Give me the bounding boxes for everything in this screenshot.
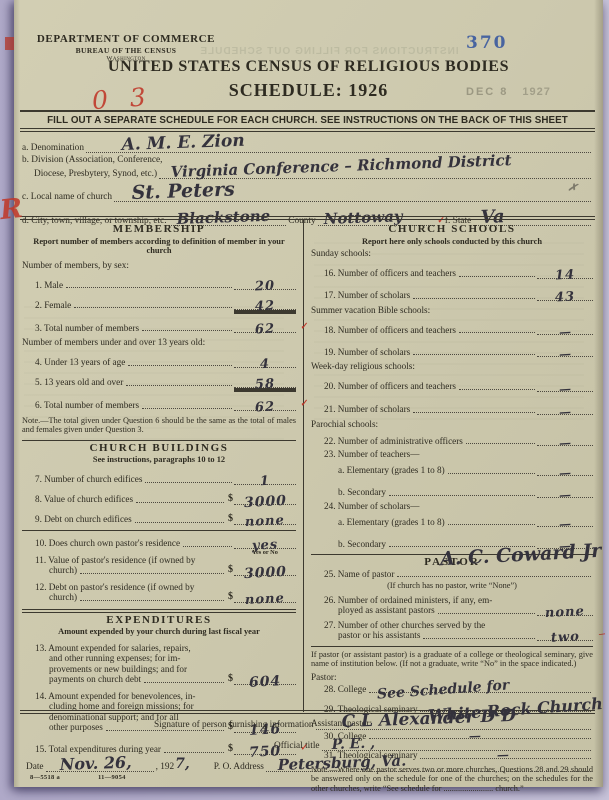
q5-row: 5. 13 years old and over 58: [22, 374, 296, 388]
q10-label: 10. Does church own pastor's residence: [35, 538, 180, 549]
denomination-label: a. Denomination: [22, 143, 84, 153]
q23b-answer-field[interactable]: —: [537, 484, 593, 498]
q24-label: 24. Number of scholars—: [324, 501, 419, 512]
parochial-schools-heading: Parochial schools:: [311, 419, 593, 430]
q4-answer-field[interactable]: 4: [234, 354, 296, 368]
q24a-value: —: [559, 520, 571, 529]
schools-title: CHURCH SCHOOLS: [311, 224, 593, 235]
q11-value: 3000: [243, 568, 286, 578]
q29-answer-field[interactable]: White Rock Church: [420, 711, 591, 712]
po-address-field[interactable]: Petersburg, Va.: [266, 758, 591, 772]
members-by-age-heading: Number of members under and over 13 year…: [22, 337, 296, 348]
q20-value: —: [559, 384, 571, 393]
red-check-mark: ✓: [300, 320, 309, 331]
q21-value: —: [559, 407, 571, 416]
church-name-field[interactable]: St. Peters ✗: [114, 188, 591, 202]
q13-value: 604: [249, 677, 282, 687]
q28-value: See Schedule for: [377, 681, 510, 701]
q21-answer-field[interactable]: —: [537, 401, 593, 415]
q2-label: 2. Female: [35, 300, 71, 311]
q13-answer-area: $ 604: [226, 671, 296, 685]
q27-answer-area: two–: [537, 627, 593, 641]
date-field[interactable]: Nov. 26,: [46, 758, 154, 772]
q23a-row: a. Elementary (grades 1 to 8) —: [311, 462, 593, 476]
q19-label: 19. Number of scholars: [324, 347, 410, 358]
left-column: MEMBERSHIP Report number of members acco…: [22, 222, 296, 755]
q3-value: 62: [255, 325, 275, 334]
division-label-line2: Diocese, Presbytery, Synod, etc.): [22, 169, 157, 179]
dotted-leader: [135, 522, 224, 523]
q27-line2-text: pastor or his assistants: [338, 630, 420, 641]
dotted-leader: [183, 546, 232, 547]
division-field[interactable]: Virginia Conference – Richmond District: [159, 165, 591, 179]
q19-row: 19. Number of scholars —: [311, 343, 593, 357]
q10-row: 10. Does church own pastor's residence y…: [22, 535, 296, 549]
q27-value: two: [550, 633, 579, 643]
members-by-sex-heading: Number of members, by sex:: [22, 260, 296, 271]
q9-row: 9. Debt on church edifices $ none: [22, 511, 296, 525]
q28-answer-field[interactable]: See Schedule for: [369, 692, 591, 693]
q12-answer-area: $ none: [226, 589, 296, 603]
q10-answer-field[interactable]: yesYes or No: [234, 535, 296, 549]
official-title-row: Official title P. E. ,: [274, 737, 593, 751]
q13-line2: and other running expenses; for im-: [22, 653, 226, 664]
q26-answer-area: none: [537, 602, 593, 616]
q20-row: 20. Number of officers and teachers —: [311, 378, 593, 392]
schools-subtitle: Report here only schools conducted by th…: [311, 237, 593, 247]
q21-row: 21. Number of scholars —: [311, 401, 593, 415]
dotted-leader: [80, 573, 224, 574]
q3-answer-field[interactable]: 62✓: [234, 319, 296, 333]
date-and-address-row: Date Nov. 26, , 192 7, P. O. Address Pet…: [26, 756, 593, 772]
dotted-leader: [128, 365, 232, 366]
membership-subtitle: Report number of members according to de…: [22, 237, 296, 256]
q11-answer-field[interactable]: 3000: [234, 562, 296, 576]
dollar-sign: $: [228, 514, 233, 525]
official-title-label: Official title: [274, 741, 320, 751]
q22-answer-field[interactable]: —: [537, 432, 593, 446]
blue-serial-stamp: 370: [466, 33, 508, 53]
received-date-stamp: DEC 81927: [466, 86, 551, 98]
banner-text: FILL OUT A SEPARATE SCHEDULE FOR EACH CH…: [26, 112, 590, 128]
dotted-leader: [145, 482, 232, 483]
q6-row: 6. Total number of members 62✓: [22, 397, 296, 411]
date-label: Date: [26, 762, 44, 772]
pastor-section-header: PASTOR A. C. Coward Jr: [311, 557, 593, 568]
signature-label: Signature of person furnishing informati…: [154, 720, 314, 730]
bureau-name: BUREAU OF THE CENSUS: [36, 46, 216, 55]
q18-row: 18. Number of officers and teachers —: [311, 321, 593, 335]
q11-answer-area: $ 3000: [226, 562, 296, 576]
q22-row: 22. Number of administrative officers —: [311, 432, 593, 446]
dotted-leader: [448, 524, 535, 525]
q17-answer-field[interactable]: 43: [537, 287, 593, 301]
stamp-date: DEC 8: [466, 86, 508, 98]
q12-value: none: [245, 595, 285, 605]
q8-value: 3000: [243, 497, 286, 507]
column-divider: [303, 220, 304, 712]
double-rule: [20, 216, 595, 220]
q4-label: 4. Under 13 years of age: [35, 357, 125, 368]
q16-row: 16. Number of officers and teachers 14: [311, 265, 593, 279]
dotted-leader: [466, 443, 535, 444]
q23-label: 23. Number of teachers—: [324, 449, 419, 460]
q26-label: 26. Number of ordained ministers, if any…: [311, 595, 537, 616]
q12-row: 12. Debt on pastor's residence (if owned…: [22, 582, 296, 603]
q19-value: —: [559, 350, 571, 359]
q27-label: 27. Number of other churches served by t…: [311, 620, 537, 641]
dollar-sign: $: [228, 674, 233, 685]
q18-label: 18. Number of officers and teachers: [324, 325, 456, 336]
dotted-leader: [413, 412, 535, 413]
q9-value: none: [245, 517, 285, 527]
q6-label: 6. Total number of members: [35, 400, 139, 411]
q6-answer-field[interactable]: 62✓: [234, 397, 296, 411]
q16-answer-field[interactable]: 14: [537, 265, 593, 279]
church-name-value: St. Peters: [131, 178, 235, 204]
q25-instruction: (If church has no pastor, write “None”): [311, 581, 593, 592]
q13-answer-field[interactable]: 604: [234, 671, 296, 685]
q13-line1: 13. Amount expended for salaries, repair…: [22, 643, 226, 654]
dotted-leader: [459, 389, 535, 390]
q22-value: —: [559, 439, 571, 448]
q28-row: 28. College See Schedule for: [311, 684, 593, 695]
q9-answer-field[interactable]: none: [234, 511, 296, 525]
double-rule: [22, 609, 296, 613]
date-year-printed: , 192: [156, 762, 175, 772]
q8-label: 8. Value of church edifices: [35, 494, 133, 505]
q7-value: 1: [260, 477, 270, 486]
q23b-row: b. Secondary —: [311, 484, 593, 498]
q11-label-line1: 11. Value of pastor's residence (if owne…: [22, 555, 226, 566]
q27-line2: pastor or his assistants: [311, 630, 537, 641]
q20-label: 20. Number of officers and teachers: [324, 381, 456, 392]
q18-value: —: [559, 328, 571, 337]
church-name-row: c. Local name of church St. Peters ✗: [22, 188, 593, 202]
q23a-value: —: [559, 468, 571, 477]
po-address-value: Petersburg, Va.: [277, 752, 406, 774]
division-line2: Diocese, Presbytery, Synod, etc.) Virgin…: [22, 165, 593, 179]
q20-answer-field[interactable]: —: [537, 378, 593, 392]
dotted-leader: [142, 408, 232, 409]
q17-row: 17. Number of scholars 43: [311, 287, 593, 301]
rule: [20, 128, 595, 129]
q11-label: 11. Value of pastor's residence (if owne…: [22, 555, 226, 576]
buildings-subtitle: See instructions, paragraphs 10 to 12: [22, 455, 296, 465]
q24b-label: b. Secondary: [338, 539, 386, 550]
weekday-schools-heading: Week-day religious schools:: [311, 361, 593, 372]
q25-answer-field[interactable]: [397, 576, 591, 577]
q9-label: 9. Debt on church edifices: [35, 514, 132, 525]
official-title-value: P. E. ,: [331, 735, 375, 753]
q12-label-line2: church): [22, 592, 226, 603]
dotted-leader: [74, 307, 232, 308]
q2-value: 42: [255, 302, 275, 311]
date-day-value: Nov. 26,: [59, 752, 132, 774]
q26-line2: ployed as assistant pastors: [311, 605, 537, 616]
q25-value: A. C. Coward Jr: [439, 546, 601, 565]
graduate-instruction: If pastor (or assistant pastor) is a gra…: [311, 650, 593, 669]
q1-answer-field[interactable]: 20: [234, 276, 296, 290]
red-margin-letter-mark: R: [0, 193, 24, 226]
dotted-leader: [413, 298, 535, 299]
q27-line1: 27. Number of other churches served by t…: [311, 620, 537, 631]
q5-value: 58: [255, 380, 275, 389]
instruction-banner: FILL OUT A SEPARATE SCHEDULE FOR EACH CH…: [20, 110, 595, 132]
denomination-value: A. M. E. Zion: [121, 131, 245, 155]
pencil-x-mark: ✗: [567, 180, 579, 195]
dotted-leader: [389, 495, 535, 496]
q23b-value: —: [559, 490, 571, 499]
red-check-mark: ✓: [300, 398, 309, 409]
division-row: b. Division (Association, Conference, Di…: [22, 155, 593, 179]
red-margin-square-mark: [5, 37, 14, 50]
form-title: UNITED STATES CENSUS OF RELIGIOUS BODIES: [14, 58, 603, 76]
q24a-answer-field[interactable]: —: [537, 513, 593, 527]
dollar-sign: $: [228, 592, 233, 603]
q21-label: 21. Number of scholars: [324, 404, 410, 415]
summer-schools-heading: Summer vacation Bible schools:: [311, 305, 593, 316]
q18-answer-field[interactable]: —: [537, 321, 593, 335]
dotted-leader: [459, 332, 535, 333]
q17-value: 43: [555, 293, 575, 302]
q4-row: 4. Under 13 years of age 4: [22, 354, 296, 368]
dotted-leader: [144, 682, 224, 683]
q26-row: 26. Number of ordained ministers, if any…: [311, 595, 593, 616]
q23b-label: b. Secondary: [338, 487, 386, 498]
q7-label: 7. Number of church edifices: [35, 474, 142, 485]
sunday-schools-heading: Sunday schools:: [311, 248, 593, 259]
membership-note: Note.—The total given under Question 6 s…: [22, 416, 296, 435]
q12-answer-field[interactable]: none: [234, 589, 296, 603]
q13-line4: payments on church debt: [22, 674, 226, 685]
q5-answer-field[interactable]: 58: [234, 374, 296, 388]
expenditures-title: EXPENDITURES: [22, 615, 296, 626]
signature-section: Signature of person furnishing informati…: [22, 712, 593, 784]
q26-answer-field[interactable]: none: [537, 602, 593, 616]
q3-row: 3. Total number of members 62✓: [22, 319, 296, 333]
q2-answer-field[interactable]: 42: [234, 296, 296, 310]
yes-or-no-caption: Yes or No: [234, 548, 296, 559]
dotted-leader: [80, 600, 224, 601]
q24-row: 24. Number of scholars—: [311, 501, 593, 512]
q17-label: 17. Number of scholars: [324, 290, 410, 301]
q8-answer-field[interactable]: 3000: [234, 491, 296, 505]
q23a-label: a. Elementary (grades 1 to 8): [338, 465, 445, 476]
q8-row: 8. Value of church edifices $ 3000: [22, 491, 296, 505]
q28-label: 28. College: [324, 684, 366, 695]
dotted-leader: [126, 385, 232, 386]
division-label-line1: b. Division (Association, Conference,: [22, 155, 162, 165]
q1-value: 20: [255, 282, 275, 291]
form-number-left: 8—5518 a: [30, 774, 60, 781]
dotted-leader: [66, 287, 232, 288]
right-column: CHURCH SCHOOLS Report here only schools …: [311, 222, 593, 793]
dotted-leader: [136, 502, 224, 503]
church-name-label: c. Local name of church: [22, 192, 112, 202]
dotted-leader: [413, 354, 535, 355]
q16-label: 16. Number of officers and teachers: [324, 268, 456, 279]
q27-row: 27. Number of other churches served by t…: [311, 620, 593, 641]
dotted-leader: [459, 276, 535, 277]
q14-line1: 14. Amount expended for benevolences, in…: [22, 691, 226, 702]
q12-label: 12. Debt on pastor's residence (if owned…: [22, 582, 226, 603]
rule: [20, 131, 595, 132]
q25-row: 25. Name of pastor: [311, 569, 593, 580]
po-address-label: P. O. Address: [214, 762, 264, 772]
q13-row: 13. Amount expended for salaries, repair…: [22, 643, 296, 685]
q7-row: 7. Number of church edifices 1: [22, 471, 296, 485]
identification-section: a. Denomination A. M. E. Zion b. Divisio…: [22, 136, 593, 226]
denomination-field[interactable]: A. M. E. Zion: [86, 139, 591, 153]
buildings-title: CHURCH BUILDINGS: [22, 443, 296, 454]
q13-line3: provements or new buildings; and for: [22, 664, 226, 675]
q19-answer-field[interactable]: —: [537, 343, 593, 357]
q22-label: 22. Number of administrative officers: [324, 436, 463, 447]
q27-answer-field[interactable]: two–: [537, 627, 593, 641]
rule: [22, 440, 296, 441]
q2-row: 2. Female 42: [22, 296, 296, 310]
q24a-label: a. Elementary (grades 1 to 8): [338, 517, 445, 528]
q24a-row: a. Elementary (grades 1 to 8) —: [311, 513, 593, 527]
q11-label-line2: church): [22, 565, 226, 576]
q25-label: 25. Name of pastor: [324, 569, 394, 580]
q1-row: 1. Male 20: [22, 276, 296, 290]
dollar-sign: $: [228, 494, 233, 505]
official-title-field[interactable]: P. E. ,: [322, 737, 591, 751]
q1-label: 1. Male: [35, 280, 63, 291]
membership-title: MEMBERSHIP: [22, 224, 296, 235]
q4-value: 4: [260, 360, 270, 369]
q26-value: none: [545, 607, 585, 617]
dotted-leader: [423, 638, 535, 639]
form-number-right: 11—9054: [98, 774, 126, 781]
q6-value: 62: [255, 403, 275, 412]
red-dash-mark: –: [598, 628, 605, 639]
dotted-leader: [142, 330, 232, 331]
q12-label-line2-text: church): [49, 592, 77, 603]
q26-line2-text: ployed as assistant pastors: [338, 605, 435, 616]
q23-row: 23. Number of teachers—: [311, 449, 593, 460]
q5-label: 5. 13 years old and over: [35, 377, 123, 388]
q13-line4-text: payments on church debt: [49, 674, 141, 685]
q7-answer-field[interactable]: 1: [234, 471, 296, 485]
q13-label: 13. Amount expended for salaries, repair…: [22, 643, 226, 685]
dotted-leader: [438, 613, 535, 614]
q3-label: 3. Total number of members: [35, 323, 139, 334]
q12-label-line1: 12. Debt on pastor's residence (if owned…: [22, 582, 226, 593]
date-year-value: 7,: [175, 756, 190, 772]
rule: [22, 530, 296, 531]
q26-line1: 26. Number of ordained ministers, if any…: [311, 595, 537, 606]
census-form-page: INSTRUCTIONS FOR FILLING OUT SCHEDULE DE…: [14, 0, 603, 787]
stamp-year: 1927: [522, 86, 550, 98]
dollar-sign: $: [228, 565, 233, 576]
q16-value: 14: [555, 271, 575, 280]
scanned-census-document: R INSTRUCTIONS FOR FILLING OUT SCHEDULE …: [0, 0, 609, 800]
dotted-leader: [448, 473, 535, 474]
expenditures-subtitle: Amount expended by your church during la…: [22, 627, 296, 637]
q11-label-line2-text: church): [49, 565, 77, 576]
department-name: DEPARTMENT OF COMMERCE: [36, 33, 216, 45]
q23a-answer-field[interactable]: —: [537, 462, 593, 476]
form-numbers: 8—5518 a 11—9054: [30, 774, 162, 781]
